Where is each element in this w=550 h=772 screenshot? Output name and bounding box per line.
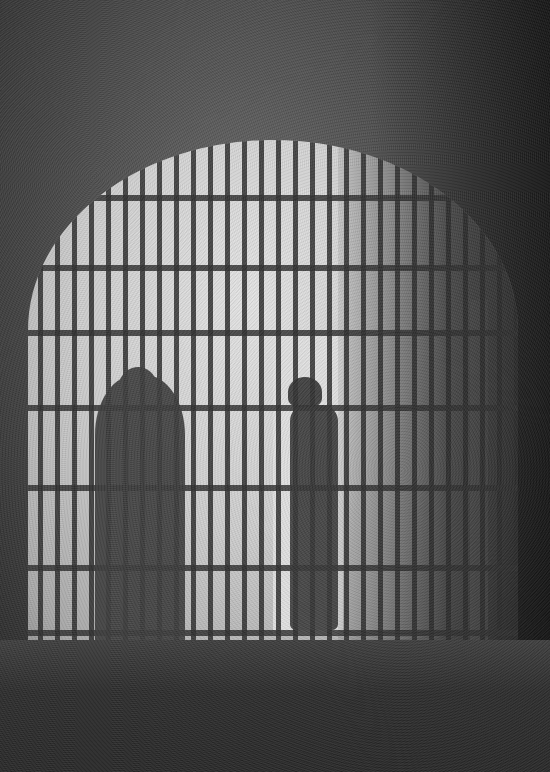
horizontal-bar bbox=[28, 265, 518, 271]
left-figure-head bbox=[117, 367, 159, 417]
right-figure-silhouette bbox=[290, 405, 338, 630]
horizontal-bar bbox=[28, 330, 518, 336]
floor bbox=[0, 640, 550, 772]
photograph bbox=[0, 0, 550, 772]
horizontal-bar bbox=[28, 195, 518, 201]
right-figure-hat bbox=[288, 377, 322, 407]
left-figure-silhouette bbox=[95, 375, 185, 650]
